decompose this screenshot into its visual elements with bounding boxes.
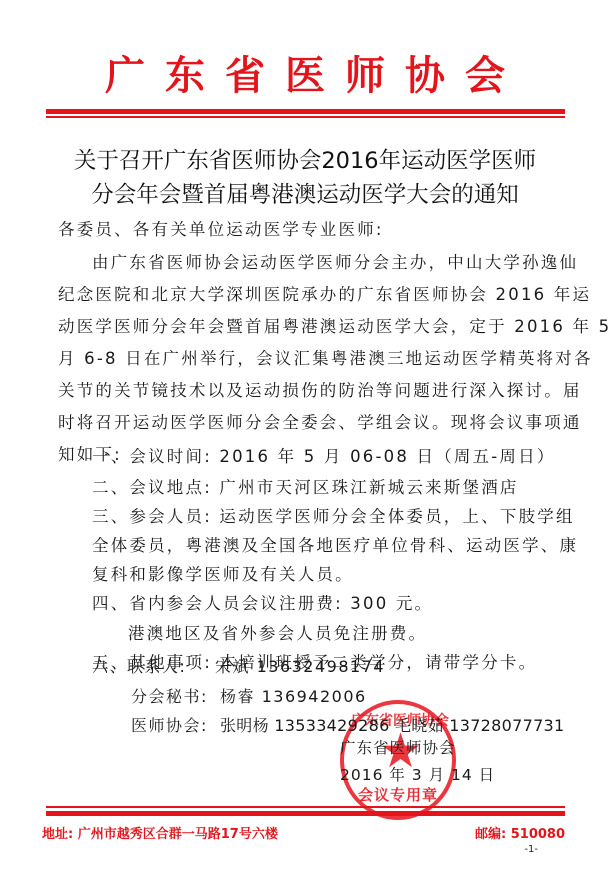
body-line: 由广东省医师协会运动医学医师分会主办，中山大学孙逸仙: [92, 252, 578, 274]
item-fee: 四、省内参会人员会议注册费: 300 元。: [92, 593, 433, 615]
item-attendees-cont: 复科和影像学医师及有关人员。: [92, 564, 354, 586]
salutation: 各委员、各有关单位运动医学专业医师:: [58, 219, 384, 241]
notice-title-line1: 关于召开广东省医师协会2016年运动医学医师: [0, 146, 610, 176]
body-line: 关节的关节镜技术以及运动损伤的防治等问题进行深入探讨。届: [58, 380, 582, 402]
association-label: 医师协会:: [131, 715, 208, 737]
footer-postcode: 邮编: 510080: [475, 823, 565, 842]
body-line: 动医学医师分会年会暨首届粤港澳运动医学大会，定于 2016 年 5: [58, 316, 610, 338]
contact-primary: 宋斌 13632498174: [215, 656, 385, 678]
body-line: 时将召开运动医学医师分会全委会、学组会议。现将会议事项通: [58, 412, 582, 434]
secretary-label: 分会秘书:: [131, 686, 208, 708]
association-contact: 张明杨 13533429286 毛晓茹 13728077731: [220, 715, 565, 737]
footer-rule-thin: [46, 806, 565, 808]
item-attendees: 三、参会人员: 运动医学医师分会全体委员，上、下肢学组: [92, 506, 575, 528]
contact-heading-label: 六、联系人:: [92, 656, 186, 678]
secretary-contact: 杨睿 136942006: [220, 686, 367, 708]
footer-address: 地址: 广州市越秀区合群一马路17号六楼: [42, 823, 278, 842]
letterhead-title: 广东省医师协会: [0, 52, 610, 100]
footer-rule-thick: [46, 811, 565, 816]
item-attendees-cont: 全体委员，粤港澳及全国各地医疗单位骨科、运动医学、康: [92, 535, 578, 557]
body-line: 纪念医院和北京大学深圳医院承办的广东省医师协会 2016 年运: [58, 284, 591, 306]
item-time: 一、会议时间: 2016 年 5 月 06-08 日（周五-周日）: [92, 446, 556, 468]
signature-date: 2016 年 3 月 14 日: [340, 765, 495, 785]
page-number: -1-: [524, 844, 538, 855]
item-fee-exempt: 港澳地区及省外参会人员免注册费。: [128, 623, 427, 645]
body-line: 月 6-8 日在广州举行，会议汇集粤港澳三地运动医学精英将对各: [58, 348, 593, 370]
signature-organization: 广东省医师协会: [340, 738, 456, 758]
notice-title-line2: 分会年会暨首届粤港澳运动医学大会的通知: [0, 180, 610, 210]
letterhead-rule-thick: [46, 109, 565, 114]
item-location: 二、会议地点: 广州市天河区珠江新城云来斯堡酒店: [92, 477, 519, 499]
letterhead-rule-thin: [46, 116, 565, 118]
seal-text-bottom: 会议专用章: [340, 784, 456, 805]
